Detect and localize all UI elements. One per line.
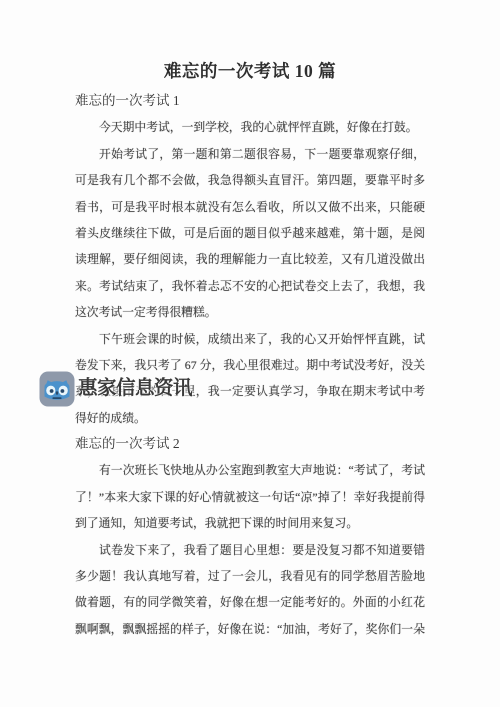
document-title: 难忘的一次考试 10 篇 bbox=[0, 0, 500, 84]
watermark-text: 惠家信息资讯 bbox=[78, 372, 192, 400]
text-line: 看书，可是我平时根本就没有怎么看收，所以又做不出来，只能硬 bbox=[75, 194, 425, 220]
text-line: 开始考试了，第一题和第二题很容易，下一题要靠观察仔细， bbox=[75, 141, 425, 167]
section-heading: 难忘的一次考试 2 bbox=[75, 431, 425, 457]
document-page: 难忘的一次考试 10 篇 难忘的一次考试 1今天期中考试，一到学校，我的心就怦怦… bbox=[0, 0, 500, 707]
text-line: 了！”本来大家下课的好心情就被这一句话“凉”掉了！幸好我提前得 bbox=[75, 484, 425, 510]
text-line: 今天期中考试，一到学校，我的心就怦怦直跳，好像在打鼓。 bbox=[75, 114, 425, 140]
text-line: 下午班会课的时候，成绩出来了，我的心又开始怦怦直跳，试 bbox=[75, 326, 425, 352]
text-line: 试卷发下来了，我看了题目心里想：要是没复习都不知道要错 bbox=[75, 537, 425, 563]
text-line: 得好的成绩。 bbox=[75, 405, 425, 431]
text-line: 到了通知，知道要考试，我就把下课的时间用来复习。 bbox=[75, 510, 425, 536]
watermark: 惠家信息资讯 bbox=[39, 371, 192, 407]
document-body: 难忘的一次考试 1今天期中考试，一到学校，我的心就怦怦直跳，好像在打鼓。开始考试… bbox=[75, 88, 425, 642]
text-line: 读理解，要仔细阅读，我的理解能力一直比较差，又有几道没做出 bbox=[75, 246, 425, 272]
text-line: 可是我有几个都不会做，我急得额头直冒汗。第四题，要靠平时多 bbox=[75, 167, 425, 193]
text-line: 有一次班长飞快地从办公室跑到教室大声地说：“考试了，考试 bbox=[75, 457, 425, 483]
text-line: 这次考试一定考得很糟糕。 bbox=[75, 299, 425, 325]
section-heading: 难忘的一次考试 1 bbox=[75, 88, 425, 114]
text-line: 来。考试结束了，我怀着忐忑不安的心把试卷交上去了，我想，我 bbox=[75, 273, 425, 299]
text-line: 多少题！我认真地写着，过了一会儿，我看见有的同学愁眉苦脸地 bbox=[75, 563, 425, 589]
text-line: 做着题，有的同学微笑着，好像在想一定能考好的。外面的小红花 bbox=[75, 589, 425, 615]
text-line: 着头皮继续往下做，可是后面的题目似乎越来越难，第十题，是阅 bbox=[75, 220, 425, 246]
text-line: 飘啊飘，飘飘摇摇的样子，好像在说：“加油，考好了，奖你们一朵 bbox=[75, 616, 425, 642]
robot-logo-icon bbox=[39, 371, 75, 407]
